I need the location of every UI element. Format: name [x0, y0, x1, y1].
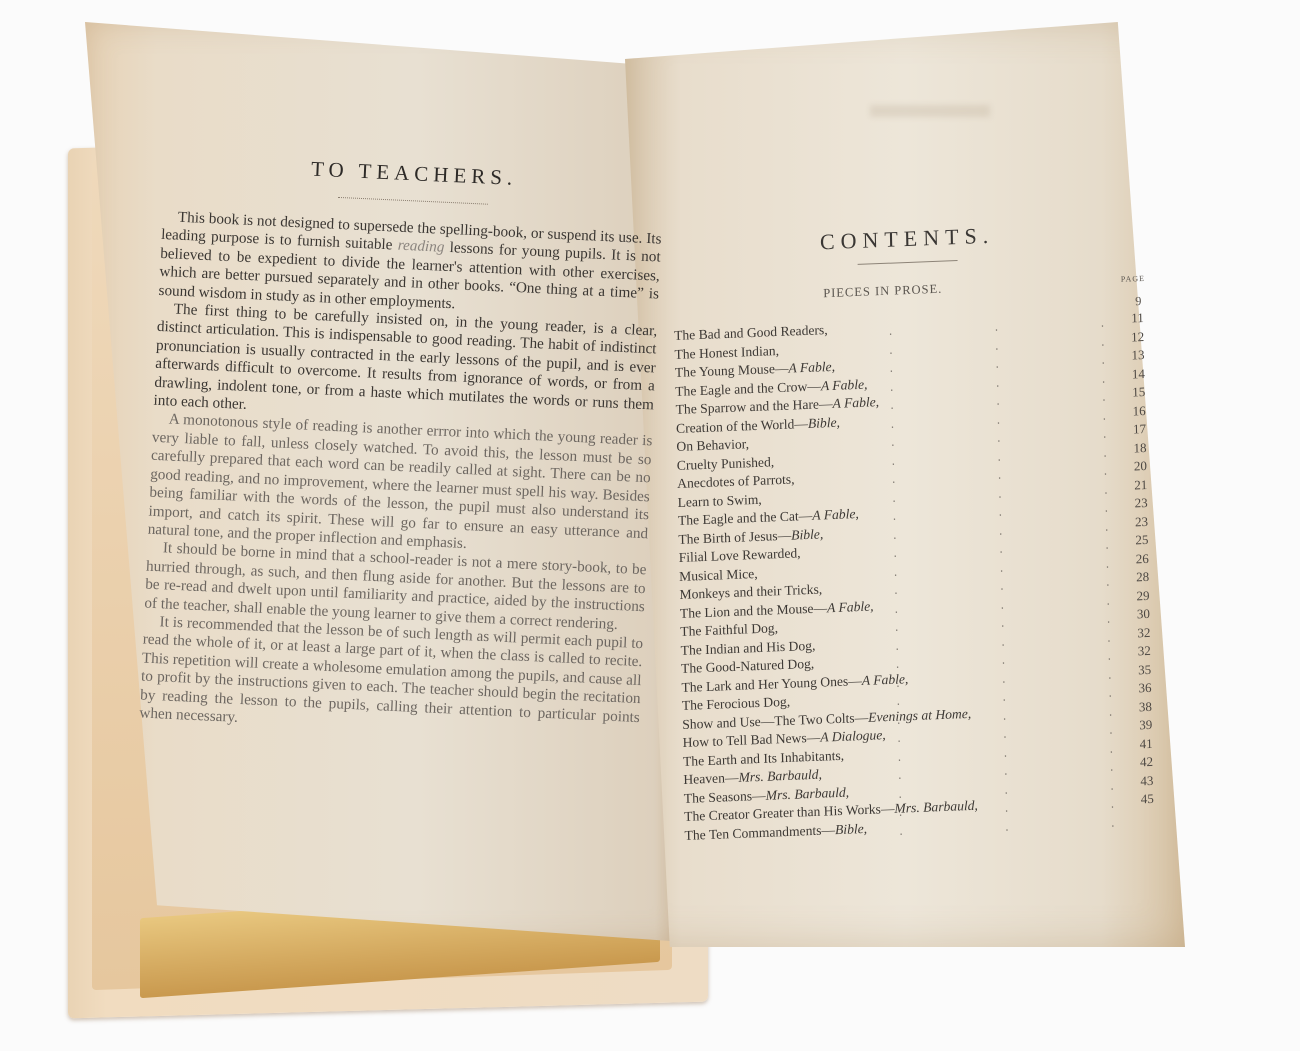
toc-entry-page: 36 — [1138, 680, 1151, 696]
toc-list: The Bad and Good Readers, . . . . . . 11… — [674, 310, 1155, 846]
preface-body: This book is not designed to supersede t… — [139, 208, 662, 746]
section-heading: PIECES IN PROSE. — [823, 282, 942, 302]
toc-entry-page: 25 — [1135, 532, 1148, 548]
toc-entry-page: 14 — [1132, 365, 1145, 381]
toc-entry-page: 16 — [1133, 402, 1146, 418]
toc-entry-source: Bible, — [835, 820, 867, 836]
toc-entry-page: 38 — [1139, 698, 1152, 714]
toc-entry-page: 23 — [1135, 513, 1148, 529]
toc-entry-title: Musical Mice, — [679, 565, 758, 584]
toc-entry-source: A Fable, — [812, 506, 859, 523]
italic-emphasis: reading — [397, 237, 444, 256]
toc-entry-page: 32 — [1138, 643, 1151, 659]
toc-entry-page: 18 — [1133, 439, 1146, 455]
toc-entry-title: Filial Love Rewarded, — [679, 545, 801, 566]
toc-entry-source: A Fable, — [788, 359, 835, 376]
toc-entry-source: Bible, — [791, 526, 823, 542]
preface-paragraph: A monotonous style of reading is another… — [147, 410, 652, 561]
toc-entry-title: On Behavior, — [676, 436, 749, 455]
toc-entry-page: 41 — [1140, 735, 1153, 751]
toc-entry-title: The Honest Indian, — [674, 342, 779, 362]
toc-entry-title: The Ferocious Dog, — [682, 694, 791, 714]
toc-entry-title: Anecdotes of Parrots, — [677, 471, 795, 492]
toc-entry-page: 32 — [1137, 624, 1150, 640]
toc-entry-page: 28 — [1136, 569, 1149, 585]
running-head-bleed — [870, 105, 990, 117]
toc-entry-page: 23 — [1134, 495, 1147, 511]
toc-entry-title: Learn to Swim, — [677, 491, 761, 510]
ornamental-rule — [338, 191, 488, 205]
toc-entry-page: 20 — [1134, 458, 1147, 474]
toc-entry-source: A Fable, — [821, 376, 868, 393]
toc-entry-page: 26 — [1136, 550, 1149, 566]
toc-entry-page: 42 — [1140, 754, 1153, 770]
toc-entry-source: A Fable, — [832, 394, 879, 411]
toc-entry-source: A Dialogue, — [820, 727, 886, 745]
page-column-label: PAGE — [1121, 274, 1145, 284]
toc-entry-page: 43 — [1140, 772, 1153, 788]
toc-entry-page: 45 — [1141, 791, 1154, 807]
toc-entry-source: Mrs. Barbauld, — [766, 784, 850, 802]
toc-entry-source: Bible, — [808, 414, 840, 430]
toc-entry-page: 11 — [1131, 310, 1144, 326]
toc-entry-source: A Fable, — [827, 598, 874, 615]
toc-entry-title: Cruelty Punished, — [677, 454, 775, 474]
toc-entry-title: The Faithful Dog, — [680, 620, 778, 640]
toc-entry-page: 30 — [1137, 606, 1150, 622]
toc-entry-page: 17 — [1133, 421, 1146, 437]
preface: TO TEACHERS. This book is not designed t… — [139, 150, 664, 745]
toc-entry-page: 39 — [1139, 717, 1152, 733]
toc-entry-page: 15 — [1132, 384, 1145, 400]
preface-paragraph: It is recommended that the lesson be of … — [139, 612, 643, 745]
toc-entry-page: 12 — [1131, 328, 1144, 344]
table-of-contents: CONTENTS. PIECES IN PROSE. PAGE 9 The Ba… — [672, 217, 1154, 846]
toc-entry-page: 21 — [1134, 476, 1147, 492]
toc-entry-page: 35 — [1138, 661, 1151, 677]
toc-entry-source: Mrs. Barbauld, — [738, 767, 822, 785]
toc-entry-page: 29 — [1136, 587, 1149, 603]
toc-entry-page: 13 — [1131, 347, 1144, 363]
contents-rule — [858, 260, 958, 265]
